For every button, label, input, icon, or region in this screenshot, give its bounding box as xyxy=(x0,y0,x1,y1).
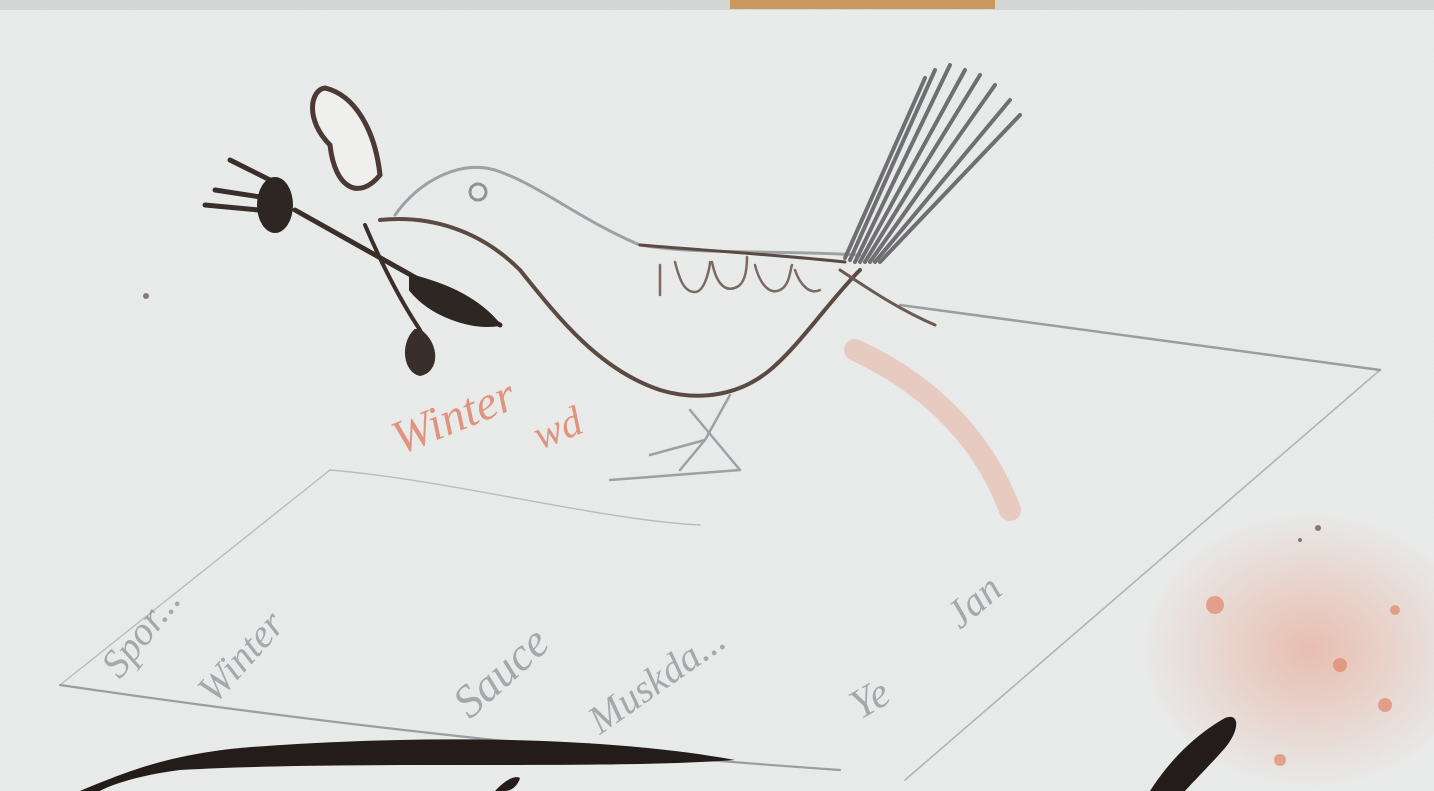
sketch-photo: Spor... Winter Sauce Muskda... Jan Ye Wi… xyxy=(0,0,1434,791)
wood-edge xyxy=(0,0,1434,10)
sketch-canvas: Spor... Winter Sauce Muskda... Jan Ye Wi… xyxy=(0,0,1434,791)
